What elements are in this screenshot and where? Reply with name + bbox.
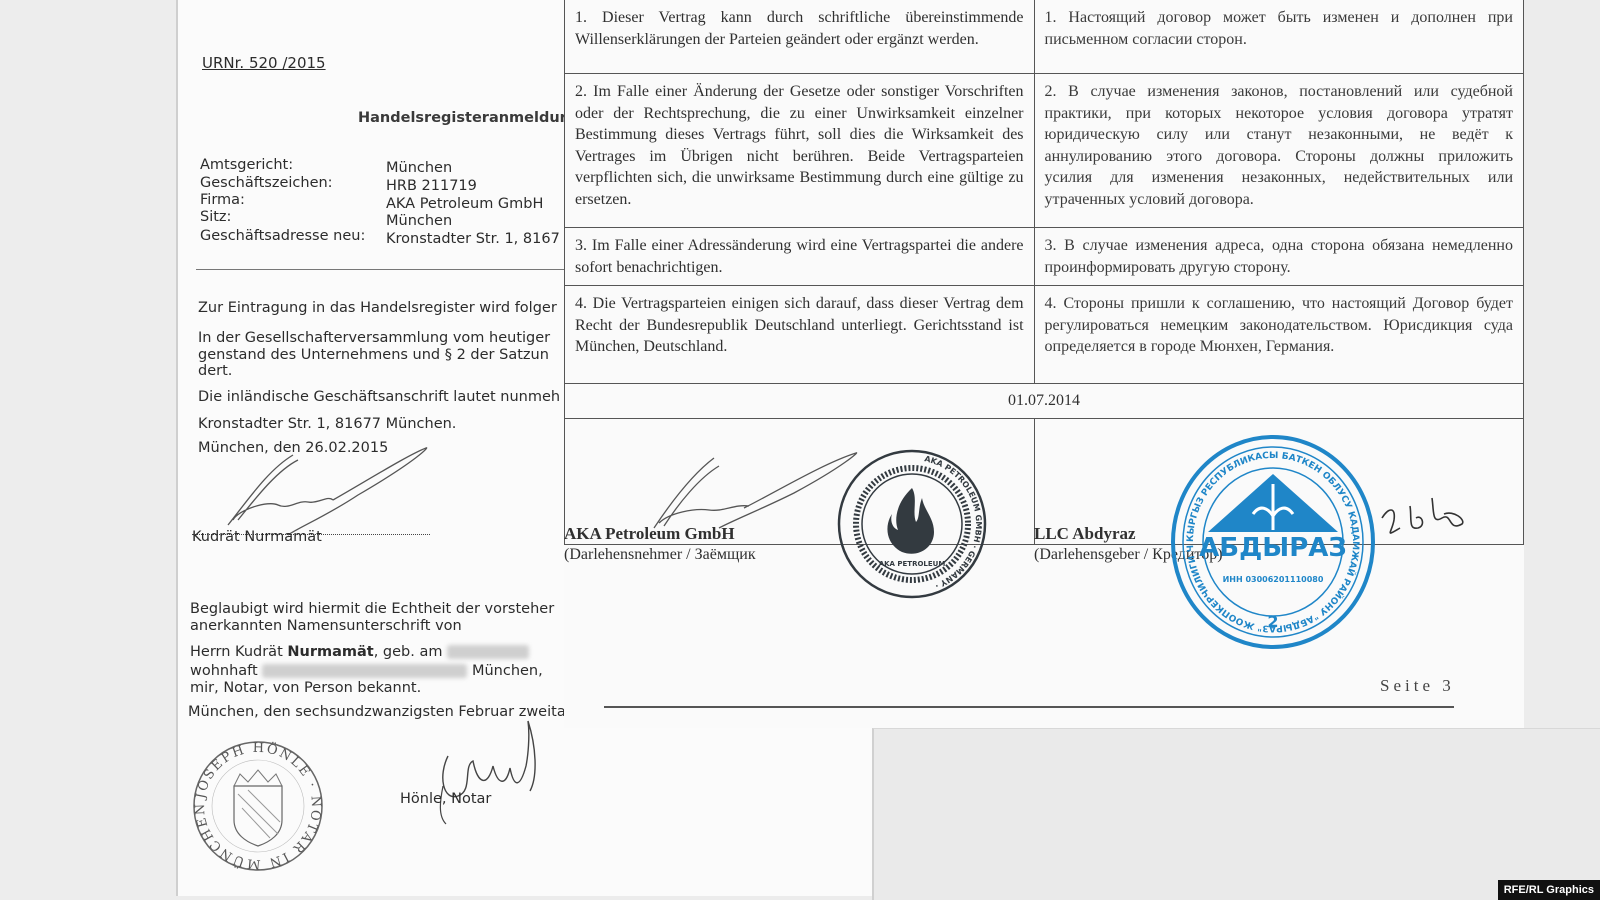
para-versammlung-1: In der Gesellschafterversammlung vom heu… [198,330,550,346]
clause-ru: 4. Стороны пришли к соглашению, что наст… [1034,286,1523,384]
contract-page: 1. Dieser Vertrag kann durch schriftlich… [564,0,1524,728]
field-label-sitz: Sitz: [200,209,231,225]
notary-seal-icon: JOSEPH HÖNLE · NOTAR IN MÜNCHEN · [190,738,326,874]
notary-signature-icon [418,716,558,826]
field-label-adresse: Geschäftsadresse neu: [200,228,365,244]
cert-line-3: Herrn Kudrät Nurmamät, geb. am [190,644,529,660]
notary-name: Hönle, Notar [400,791,491,807]
para-versammlung-2: genstand des Unternehmens und § 2 der Sa… [198,347,549,363]
background-left [0,0,180,900]
clause-de: 2. Im Falle einer Änderung der Gesetze o… [565,74,1035,228]
svg-text:АБДЫРАЗ: АБДЫРАЗ [1199,533,1347,563]
cert-city: München, [472,663,543,679]
field-label-geschaeftszeichen: Geschäftszeichen: [200,175,333,191]
clause-de: 4. Die Vertragsparteien einigen sich dar… [565,286,1035,384]
svg-text:2: 2 [1267,612,1278,631]
para-versammlung-3: dert. [198,363,232,379]
lender-signature-icon [1374,488,1474,548]
register-title: Handelsregisteranmeldur [358,110,567,126]
cert-line-5: mir, Notar, von Person bekannt. [190,680,421,696]
cert-line-1: Beglaubigt wird hiermit die Echtheit der… [190,601,554,617]
clause-ru: 2. В случае изменения законов, постановл… [1034,74,1523,228]
clause-de: 3. Im Falle einer Adressänderung wird ei… [565,228,1035,286]
clause-row: 1. Dieser Vertrag kann durch schriftlich… [565,0,1524,74]
divider [196,269,576,270]
field-value-firma: AKA Petroleum GmbH [386,196,543,212]
cert-wohnhaft: wohnhaft [190,663,258,679]
contract-date: 01.07.2014 [565,384,1524,419]
clause-row: 4. Die Vertragsparteien einigen sich dar… [565,286,1524,384]
field-value-geschaeftszeichen: HRB 211719 [386,178,477,194]
redacted-address [262,664,467,678]
svg-text:JOSEPH HÖNLE · NOTAR IN MÜNCHE: JOSEPH HÖNLE · NOTAR IN MÜNCHEN · [190,738,323,871]
abdyraz-seal-icon: КЫРГЫЗ РЕСПУБЛИКАСЫ БАТКЕН ОБЛУСУ КАДАМЖ… [1168,432,1378,652]
lender-name: LLC Abdyraz [1034,524,1136,544]
date-row: 01.07.2014 [565,384,1524,419]
para-eintragung: Zur Eintragung in das Handelsregister wi… [198,300,557,316]
footer-line [604,706,1454,708]
aka-petroleum-seal-icon: AKA PETROLEUM GMBH · GERMANY · AKA PETRO… [836,448,988,600]
cert-surname: Nurmamät [287,644,373,660]
borrower-role: (Darlehensnehmer / Заёмщик [564,546,756,564]
field-value-amtsgericht: München [386,160,452,176]
clause-row: 3. Im Falle einer Adressänderung wird ei… [565,228,1524,286]
field-label-amtsgericht: Amtsgericht: [200,157,293,173]
cert-geb: , geb. am [374,644,443,660]
field-value-sitz: München [386,213,452,229]
signer-name: Kudrät Nurmamät [192,529,322,545]
svg-text:AKA PETROLEUM: AKA PETROLEUM [879,560,946,568]
background-bottom-right [872,728,1600,900]
page-number: Seite 3 [1380,676,1455,696]
new-address: Kronstadter Str. 1, 81677 München. [198,416,456,432]
clause-ru: 3. В случае изменения адреса, одна сторо… [1034,228,1523,286]
borrower-name: AKA Petroleum GmbH [564,524,735,544]
redacted-birthdate [447,645,529,659]
para-anschrift: Die inländische Geschäftsanschrift laute… [198,389,560,405]
clause-de: 1. Dieser Vertrag kann durch schriftlich… [565,0,1035,74]
cert-line-4: wohnhaft München, [190,663,543,679]
svg-text:ИНН 03006201110080: ИНН 03006201110080 [1223,575,1324,584]
cert-line-2: anerkannten Namensunterschrift von [190,618,462,634]
field-value-adresse: Kronstadter Str. 1, 8167 [386,231,560,247]
credit-label: RFE/RL Graphics [1498,880,1600,900]
cert-herrn: Herrn Kudrät [190,644,287,660]
signature-nurmamat-icon [208,440,438,540]
clause-row: 2. Im Falle einer Änderung der Gesetze o… [565,74,1524,228]
field-label-firma: Firma: [200,192,245,208]
clause-ru: 1. Настоящий договор может быть изменен … [1034,0,1523,74]
urnr: URNr. 520 /2015 [202,54,326,72]
